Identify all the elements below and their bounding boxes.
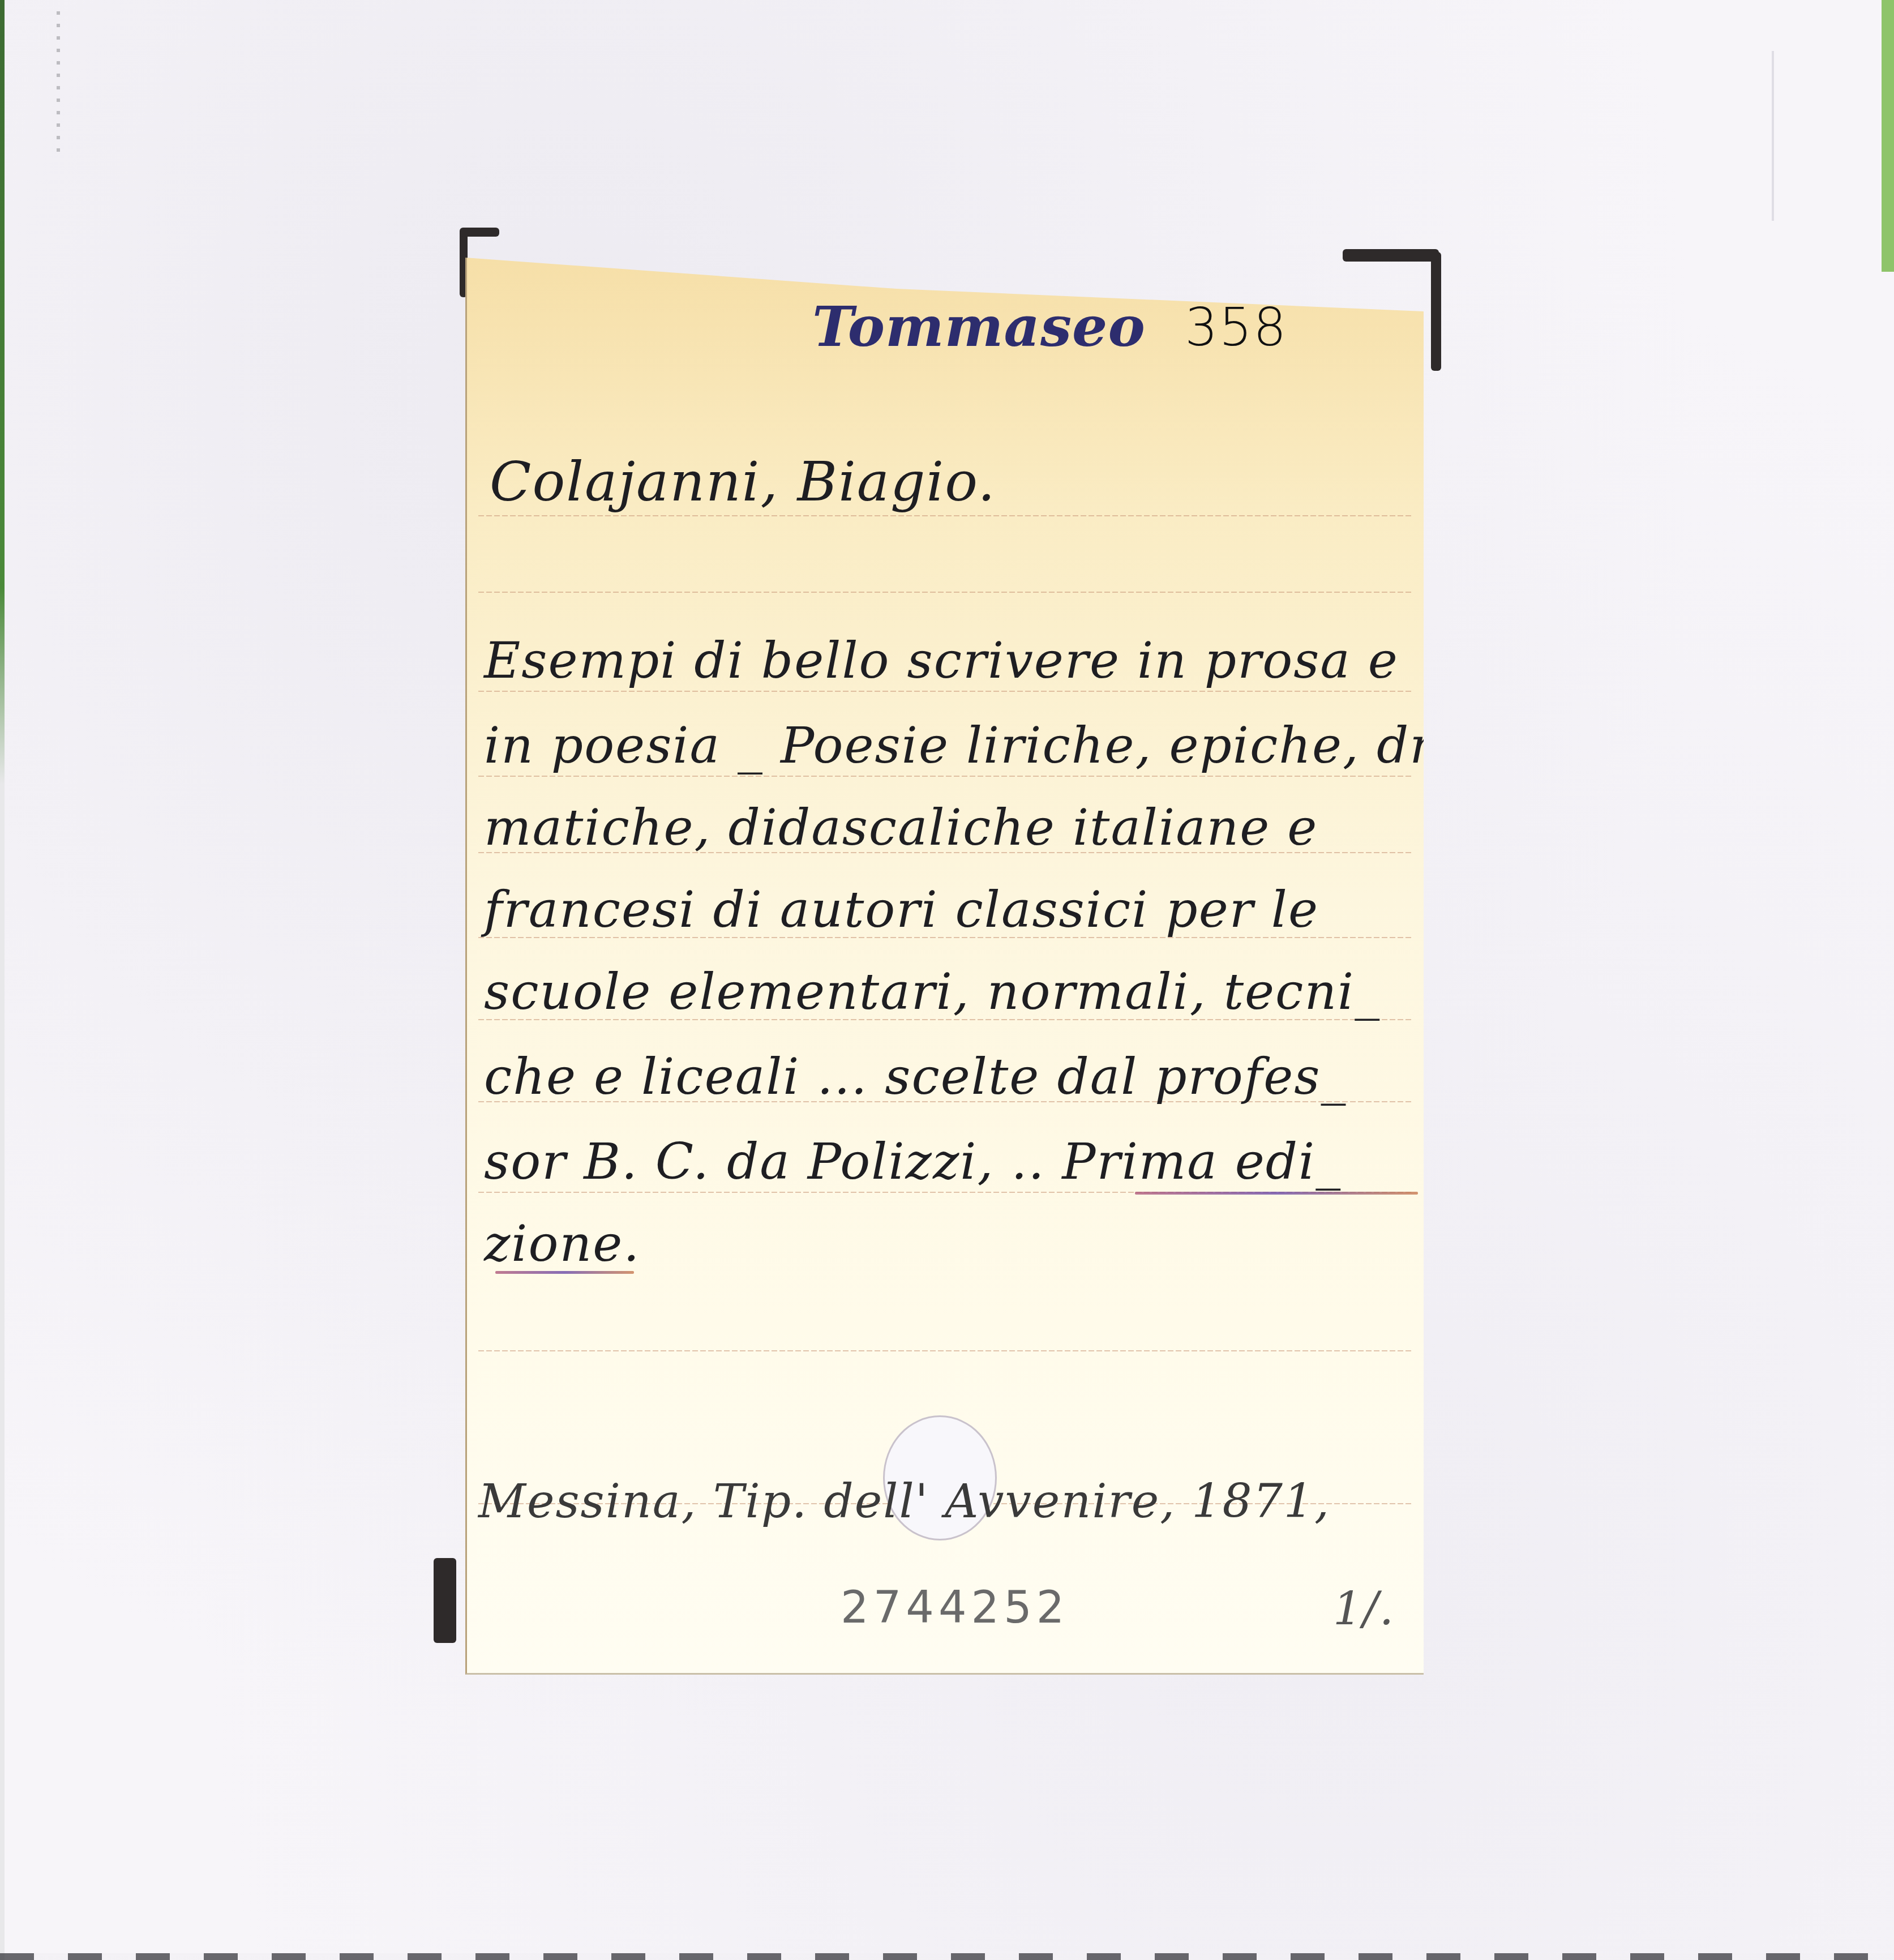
title-line: sor B. C. da Polizzi, .. Prima edi_ [484,1132,1342,1191]
author-heading: Colajanni, Biagio. [490,450,996,513]
edition-underline [495,1271,634,1274]
ruled-line [478,691,1412,692]
ruled-line [478,776,1412,777]
title-line: matiche, didascaliche italiane e [484,798,1318,857]
clip-top-right-tab-icon [1343,249,1439,262]
ruled-line [478,1350,1412,1351]
ruled-line [478,592,1412,593]
title-line: in poesia _ Poesie liriche, epiche, dram… [484,716,1540,774]
collection-stamp: Tommaseo [812,294,1146,360]
scan-edge-bottom [0,1953,1894,1960]
clip-top-right-icon [1431,252,1441,371]
title-line: che e liceali ... scelte dal profes_ [484,1047,1347,1106]
scan-edge-right [1882,0,1894,272]
call-number: 2744252 [841,1582,1069,1633]
perforation-marks [57,11,60,159]
title-line: scuole elementari, normali, tecni_ [484,962,1381,1021]
collection-number: 358 [1185,297,1288,358]
catalog-card: Tommaseo 358 Colajanni, Biagio. Esempi d… [465,258,1424,1675]
scan-edge-left [0,0,5,1960]
clip-bottom-left-icon [434,1558,456,1643]
imprint: Messina, Tip. dell' Avvenire, 1871, [478,1475,1330,1529]
title-line: Esempi di bello scrivere in prosa e [484,631,1399,690]
title-line: francesi di autori classici per le [484,880,1319,939]
edition-underline [1135,1192,1418,1195]
title-line: zione. [484,1214,640,1273]
background-card-edge [1772,51,1774,221]
clip-top-left-tab-icon [460,228,499,237]
volume-mark: 1/. [1333,1582,1395,1635]
ruled-line [478,515,1412,516]
